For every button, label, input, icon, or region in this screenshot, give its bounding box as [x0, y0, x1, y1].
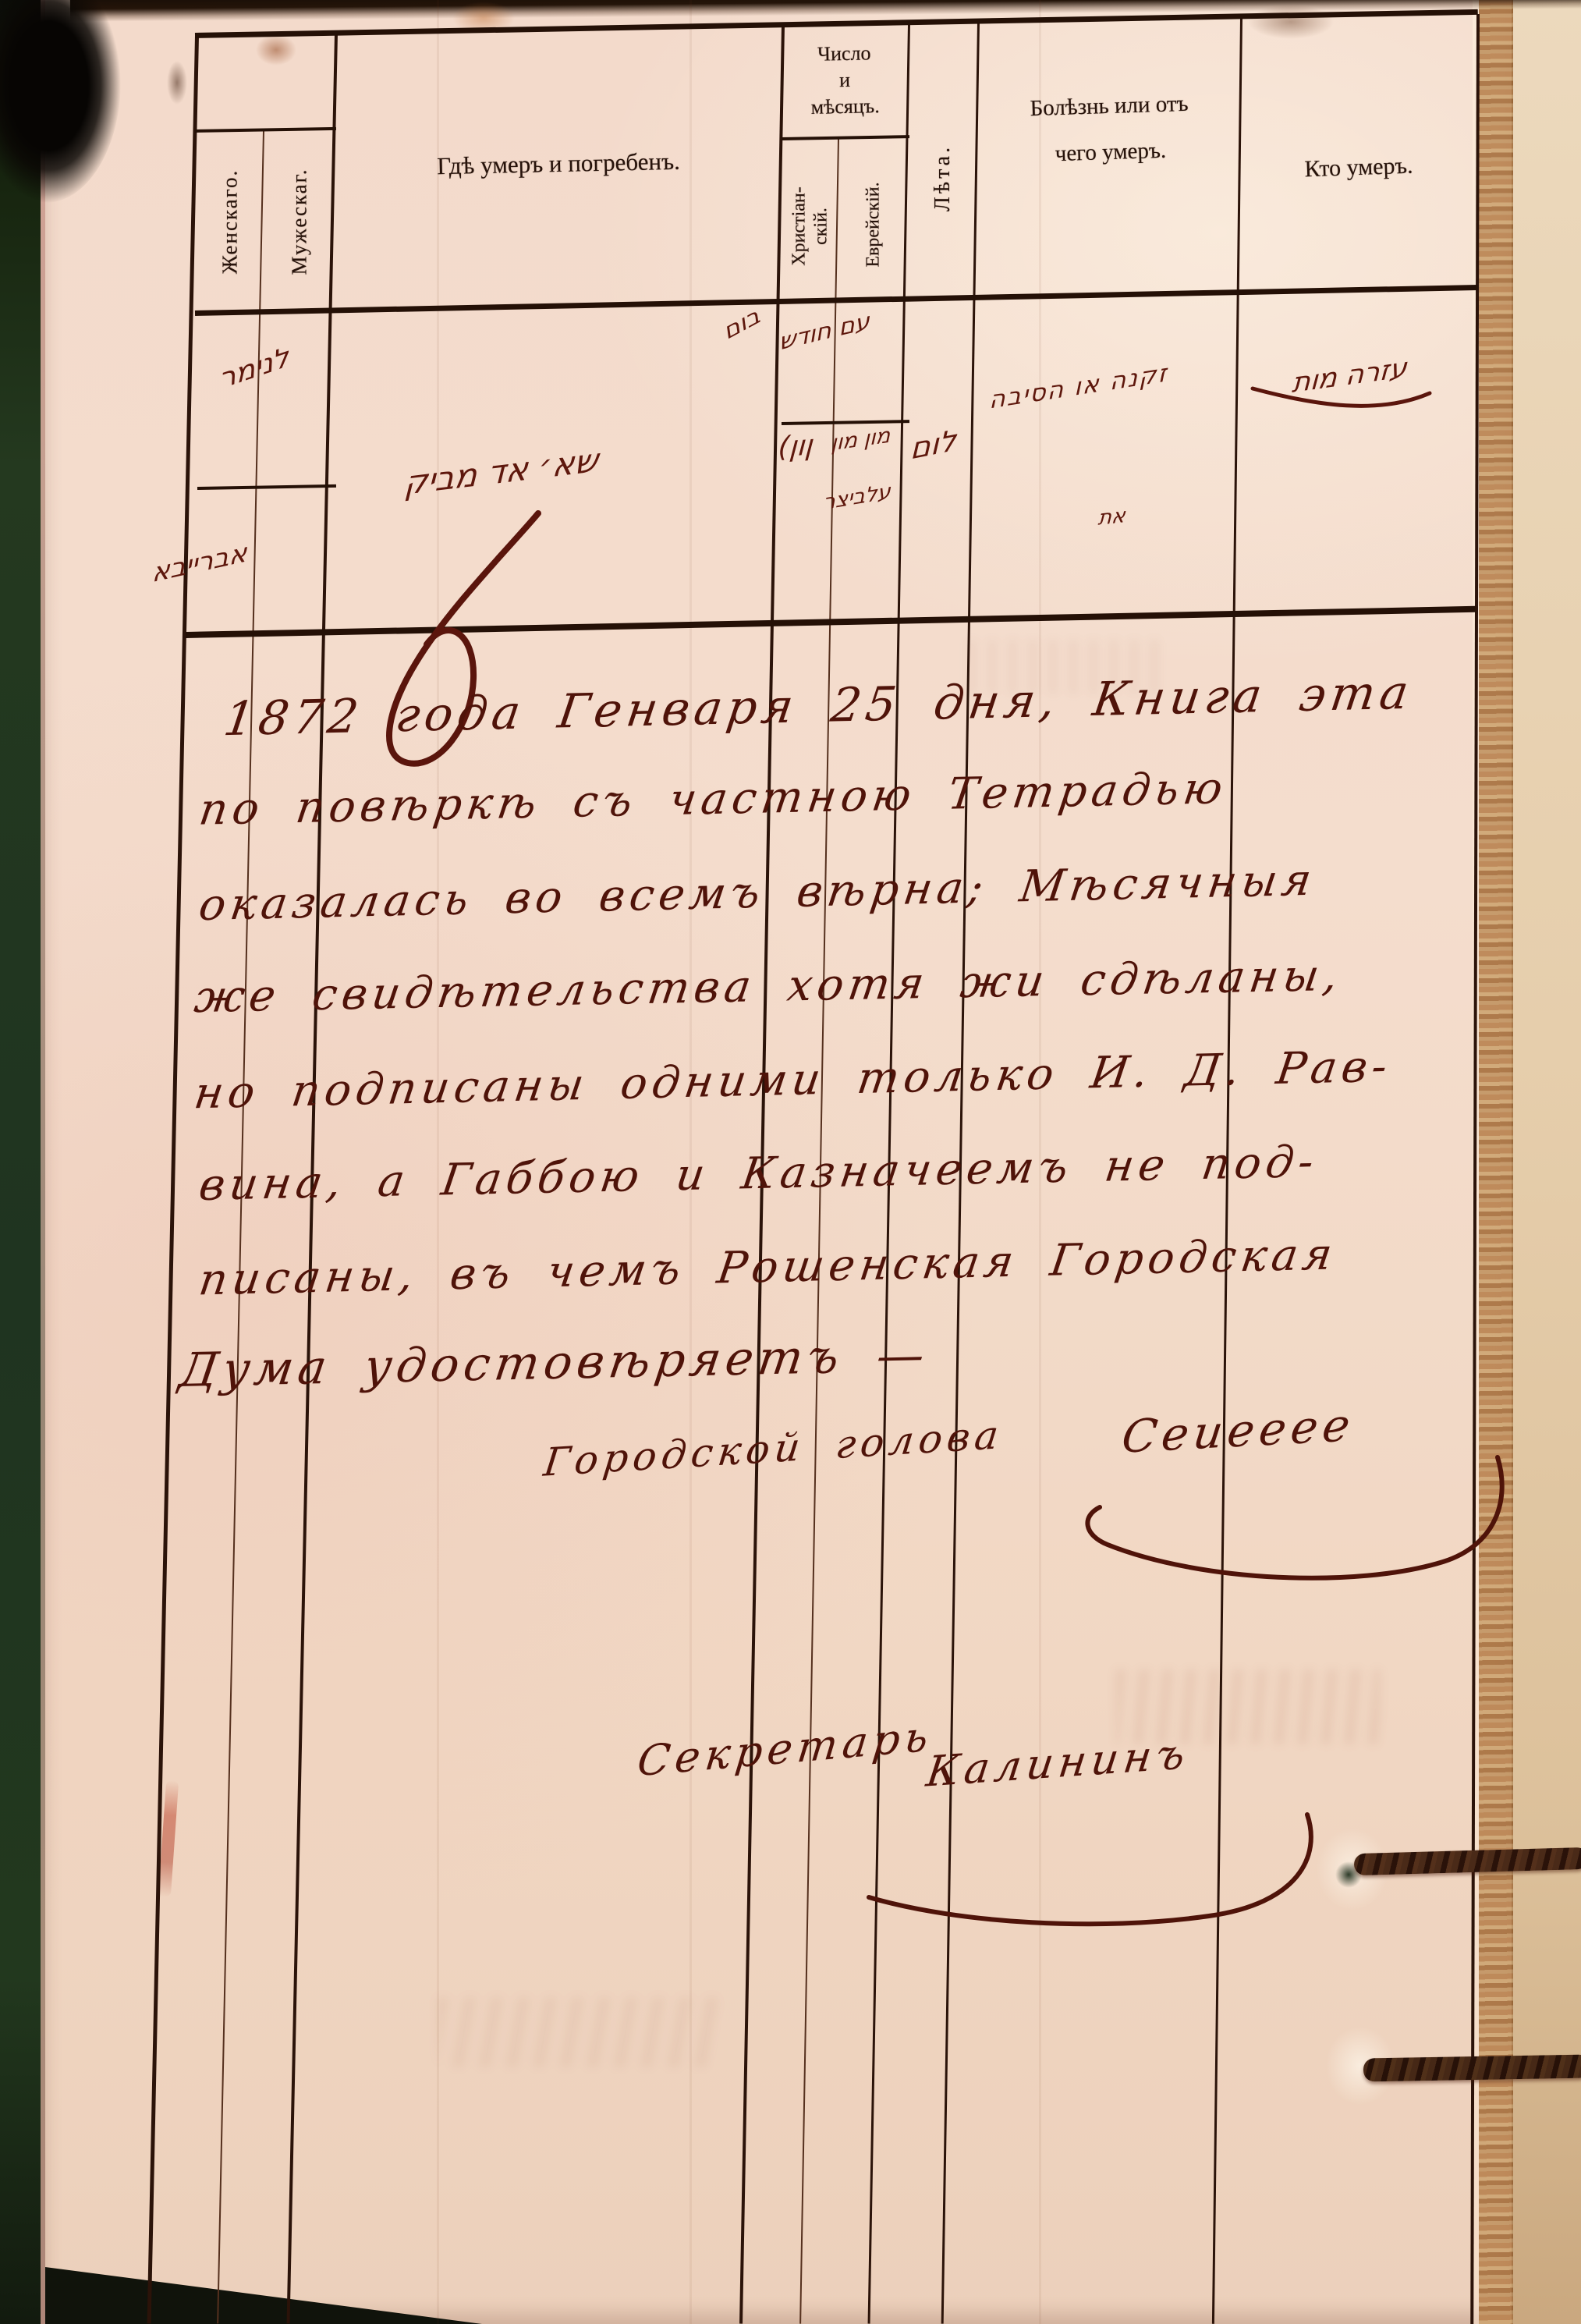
ink-stain	[167, 61, 187, 105]
speckle-stain	[1248, 5, 1334, 39]
header-date-group-line3: мѣсяцъ.	[783, 92, 907, 121]
header-date-christian-line1: Христіан-	[789, 186, 810, 265]
book-cover-left-edge	[0, 0, 45, 2324]
page-right-deckle-edge	[1479, 0, 1513, 2324]
header-date-christian-line2: скій.	[810, 186, 832, 265]
row-date-entry-left: ןון)	[777, 430, 814, 464]
underlying-page-edge	[1513, 0, 1581, 2324]
binding-thread-lower	[1363, 2054, 1581, 2081]
header-date-group-line1: Число	[782, 39, 906, 68]
header-date-jewish: Еврейскій.	[863, 182, 884, 267]
bleed-through-writing	[437, 1997, 718, 2067]
row-who-entry-tail	[1246, 374, 1434, 421]
scanned-register-page: Женскаго. Мужескаг. Гдѣ умеръ и погребен…	[0, 0, 1581, 2324]
header-age-column: Лѣта.	[931, 144, 955, 211]
header-male-column: Мужескаг.	[288, 169, 312, 275]
header-date-group: Число и мѣсяцъ.	[782, 39, 907, 121]
header-female-column: Женскаго.	[218, 169, 243, 275]
signature-secretary-flourish	[842, 1810, 1326, 1943]
ink-stain	[256, 34, 296, 66]
header-cause-column: Болѣзнь или отъ чего умеръ.	[979, 90, 1242, 169]
row-cause-entry-small: את	[1097, 504, 1126, 530]
header-date-christian: Христіан- скій.	[789, 186, 831, 265]
header-date-group-line2: и	[783, 66, 907, 94]
signature-head-flourish	[1076, 1451, 1513, 1599]
